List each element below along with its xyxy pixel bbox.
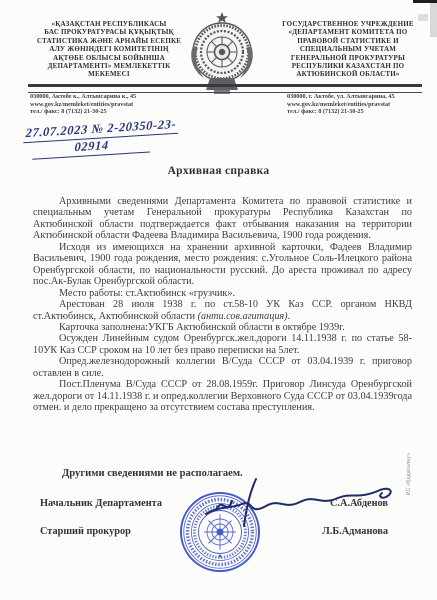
org-line: ДЕПАРТАМЕНТІ» МЕМЛЕКЕТТІК (24, 62, 194, 70)
paragraph: Арестован 28 июля 1938 г. по ст.58-10 УК… (33, 299, 412, 322)
address-line: 030000, г. Актобе, ул. Алтынсарина, 45 (287, 93, 437, 101)
org-line: «ҚАЗАҚСТАН РЕСПУБЛИКАСЫ (24, 20, 194, 28)
org-line: БАС ПРОКУРАТУРАСЫ ҚҰҚЫҚТЫҚ (24, 28, 194, 36)
paragraph: Осужден Линейным судом Оренбургск.жел.до… (33, 333, 412, 356)
signatory-name: С.А.Абденов (330, 498, 388, 509)
signature-row: Старший прокурор Л.Б.Адманова (40, 526, 388, 537)
paragraph: Место работы: ст.Актюбинск «грузчик». (33, 288, 412, 299)
paragraph: Пост.Пленума В/Суда СССР от 28.08.1959г.… (33, 379, 412, 413)
information-system-watermark: ИС «Қадағалау» (406, 439, 414, 509)
website-line: www.gov.kz/memleket/entities/pravstat (30, 101, 200, 109)
document-title: Архивная справка (0, 165, 437, 177)
header-divider (28, 84, 422, 93)
org-name-kazakh: «ҚАЗАҚСТАН РЕСПУБЛИКАСЫ БАС ПРОКУРАТУРАС… (24, 20, 194, 79)
contact-block-left: 030000, Актобе к., Алтынсарина к., 45 ww… (30, 93, 200, 116)
signatory-role: Начальник Департамента (40, 498, 162, 509)
org-line: ГОСУДАРСТВЕННОЕ УЧРЕЖДЕНИЕ (270, 20, 426, 28)
org-line: ПРАВОВОЙ СТАТИСТИКЕ И (270, 37, 426, 45)
paragraph: Исходя из имеющихся на хранении архивной… (33, 242, 412, 288)
scan-edge-shadow (430, 3, 437, 37)
org-line: АҚТӨБЕ ОБЛЫСЫ БОЙЫНША (24, 54, 194, 62)
paragraph-text: . (288, 311, 291, 322)
org-line: АЛУ ЖӨНІНДЕГІ КОМИТЕТІНІҢ (24, 45, 194, 53)
paragraph: Опред.железнодорожный коллегии В/Суда СС… (33, 356, 412, 379)
paragraph-italic-note: (анти.сов.агитация) (198, 311, 288, 322)
signatory-name: Л.Б.Адманова (322, 526, 388, 537)
org-line: АКТЮБИНСКОЙ ОБЛАСТИ» (270, 70, 426, 78)
address-line: 030000, Актобе к., Алтынсарина к., 45 (30, 93, 200, 101)
signatory-role: Старший прокурор (40, 526, 131, 537)
paragraph: Архивными сведениями Департамента Комите… (33, 196, 412, 242)
org-line: ГЕНЕРАЛЬНОЙ ПРОКУРАТУРЫ (270, 54, 426, 62)
org-line: СТАТИСТИКА ЖӘНЕ АРНАЙЫ ЕСЕПКЕ (24, 37, 194, 45)
org-line: МЕКЕМЕСІ (24, 70, 194, 78)
org-line: СПЕЦИАЛЬНЫМ УЧЕТАМ (270, 45, 426, 53)
org-line: РЕСПУБЛИКИ КАЗАХСТАН ПО (270, 62, 426, 70)
contact-block-right: 030000, г. Актобе, ул. Алтынсарина, 45 w… (287, 93, 437, 116)
phone-line: тел./ факс: 8 (7132) 21-30-25 (287, 108, 437, 116)
website-line: www.gov.kz/memleket/entities/pravstat (287, 101, 437, 109)
document-body: Архивными сведениями Департамента Комите… (33, 196, 412, 414)
org-name-russian: ГОСУДАРСТВЕННОЕ УЧРЕЖДЕНИЕ «ДЕПАРТАМЕНТ … (270, 20, 426, 79)
signature-row: Начальник Департамента С.А.Абденов (40, 498, 388, 509)
handwritten-registration-number: 27.07.2023 № 2-20350-23- 02914 (23, 116, 195, 160)
paragraph: Карточка заполнена:УКГБ Актюбинской обла… (33, 322, 412, 333)
phone-line: тел./ факс: 8 (7132) 21-30-25 (30, 108, 200, 116)
org-line: «ДЕПАРТАМЕНТ КОМИТЕТА ПО (270, 28, 426, 36)
archival-certificate-document: «ҚАЗАҚСТАН РЕСПУБЛИКАСЫ БАС ПРОКУРАТУРАС… (0, 0, 437, 600)
